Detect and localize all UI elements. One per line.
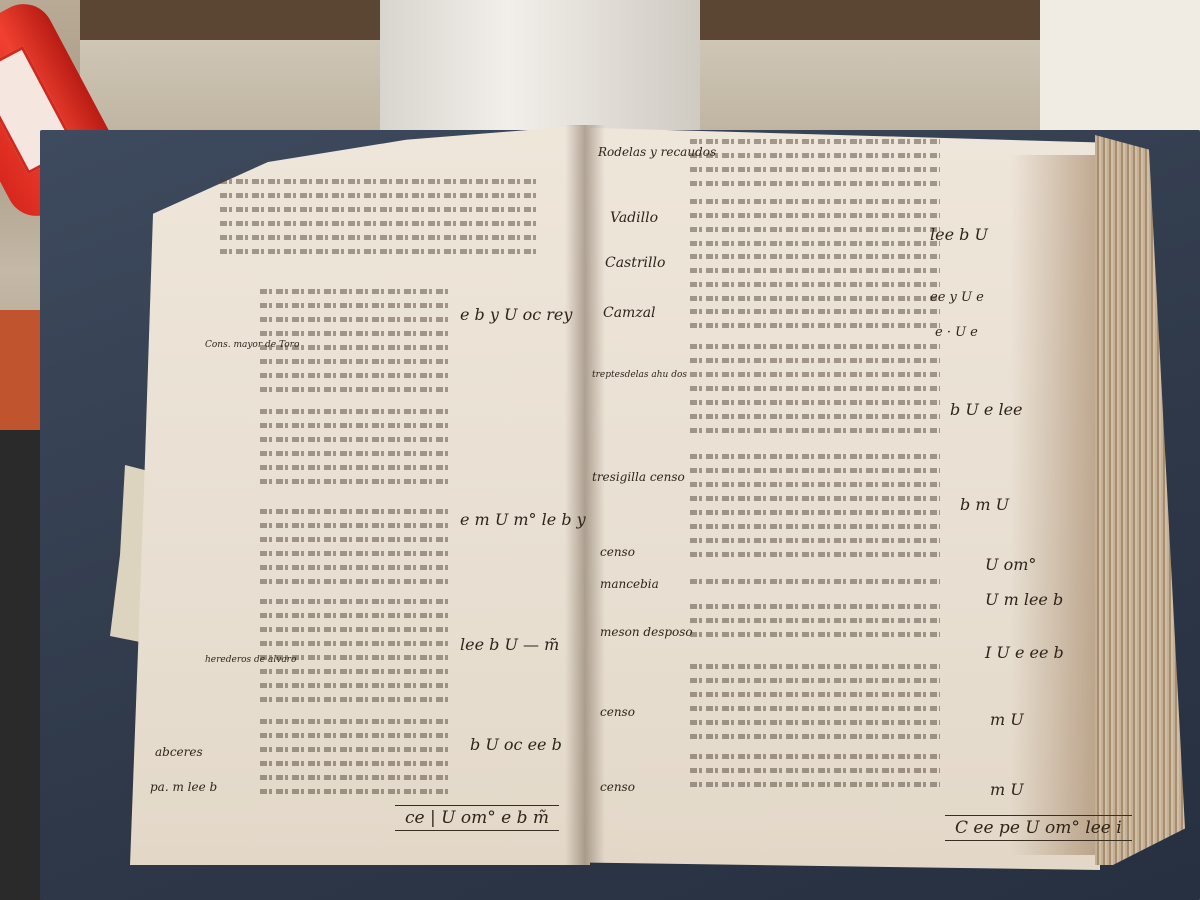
right-margin-label: mancebia [600, 577, 659, 591]
right-margin-label: Vadillo [610, 210, 658, 226]
water-stain [1010, 155, 1100, 855]
left-margin-label: herederos de alvaro [205, 655, 296, 665]
right-amount: U m lee b [985, 590, 1063, 609]
right-entry-9 [690, 600, 940, 642]
right-margin-label: censo [600, 780, 635, 794]
right-page-total: C ee pe U om° lee i [945, 815, 1132, 841]
right-margin-label: Castrillo [605, 255, 665, 271]
book-gutter [565, 125, 605, 865]
left-entry-4 [260, 595, 450, 707]
right-entry-10 [690, 660, 940, 744]
right-margin-label: meson desposo [600, 625, 693, 639]
left-amount: e m U m° le b y [460, 510, 586, 529]
left-page-total: ce | U om° e b m̃ [395, 805, 559, 831]
right-entry-7 [690, 520, 940, 562]
right-entry-11 [690, 750, 940, 792]
right-amount: b m U [960, 495, 1009, 514]
right-amount: U om° [985, 555, 1036, 574]
fore-edge [1095, 135, 1185, 865]
left-margin-label: pa. m lee b [150, 780, 217, 794]
right-amount: m U [990, 710, 1024, 729]
left-amount: e b y U oc rey [460, 305, 572, 324]
right-amount: ee y U e [930, 290, 984, 305]
left-margin-label: abceres [155, 745, 203, 759]
left-entry-5 [260, 715, 450, 799]
left-heading-text [220, 175, 540, 259]
right-entry-8 [690, 575, 940, 589]
right-margin-label: censo [600, 545, 635, 559]
right-entry-2 [690, 195, 940, 251]
left-entry-2 [260, 405, 450, 489]
right-entry-5 [690, 340, 940, 438]
right-amount: lee b U [930, 225, 988, 244]
right-margin-label: Camzal [603, 305, 656, 321]
left-amount: b U oc ee b [470, 735, 562, 754]
right-amount: I U e ee b [985, 643, 1064, 662]
left-entry-3 [260, 505, 450, 589]
wall-right [1040, 0, 1200, 130]
right-entry-3 [690, 250, 940, 306]
door-panel [380, 0, 700, 130]
right-margin-label: censo [600, 705, 635, 719]
right-amount: b U e lee [950, 400, 1023, 419]
left-margin-label: Cons. mayor de Toro [205, 340, 299, 350]
right-entry-4 [690, 305, 940, 333]
right-margin-label: treptesdelas ahu dos [592, 370, 687, 380]
right-entry-6 [690, 450, 940, 520]
right-amount: e · U e [935, 325, 978, 340]
open-manuscript-book: Cons. mayor de Toro herederos de alvaro … [110, 115, 1190, 875]
right-amount: m U [990, 780, 1024, 799]
right-margin-label: tresigilla censo [592, 470, 685, 484]
right-entry-1 [690, 135, 940, 191]
left-amount: lee b U — m̃ [460, 635, 559, 654]
